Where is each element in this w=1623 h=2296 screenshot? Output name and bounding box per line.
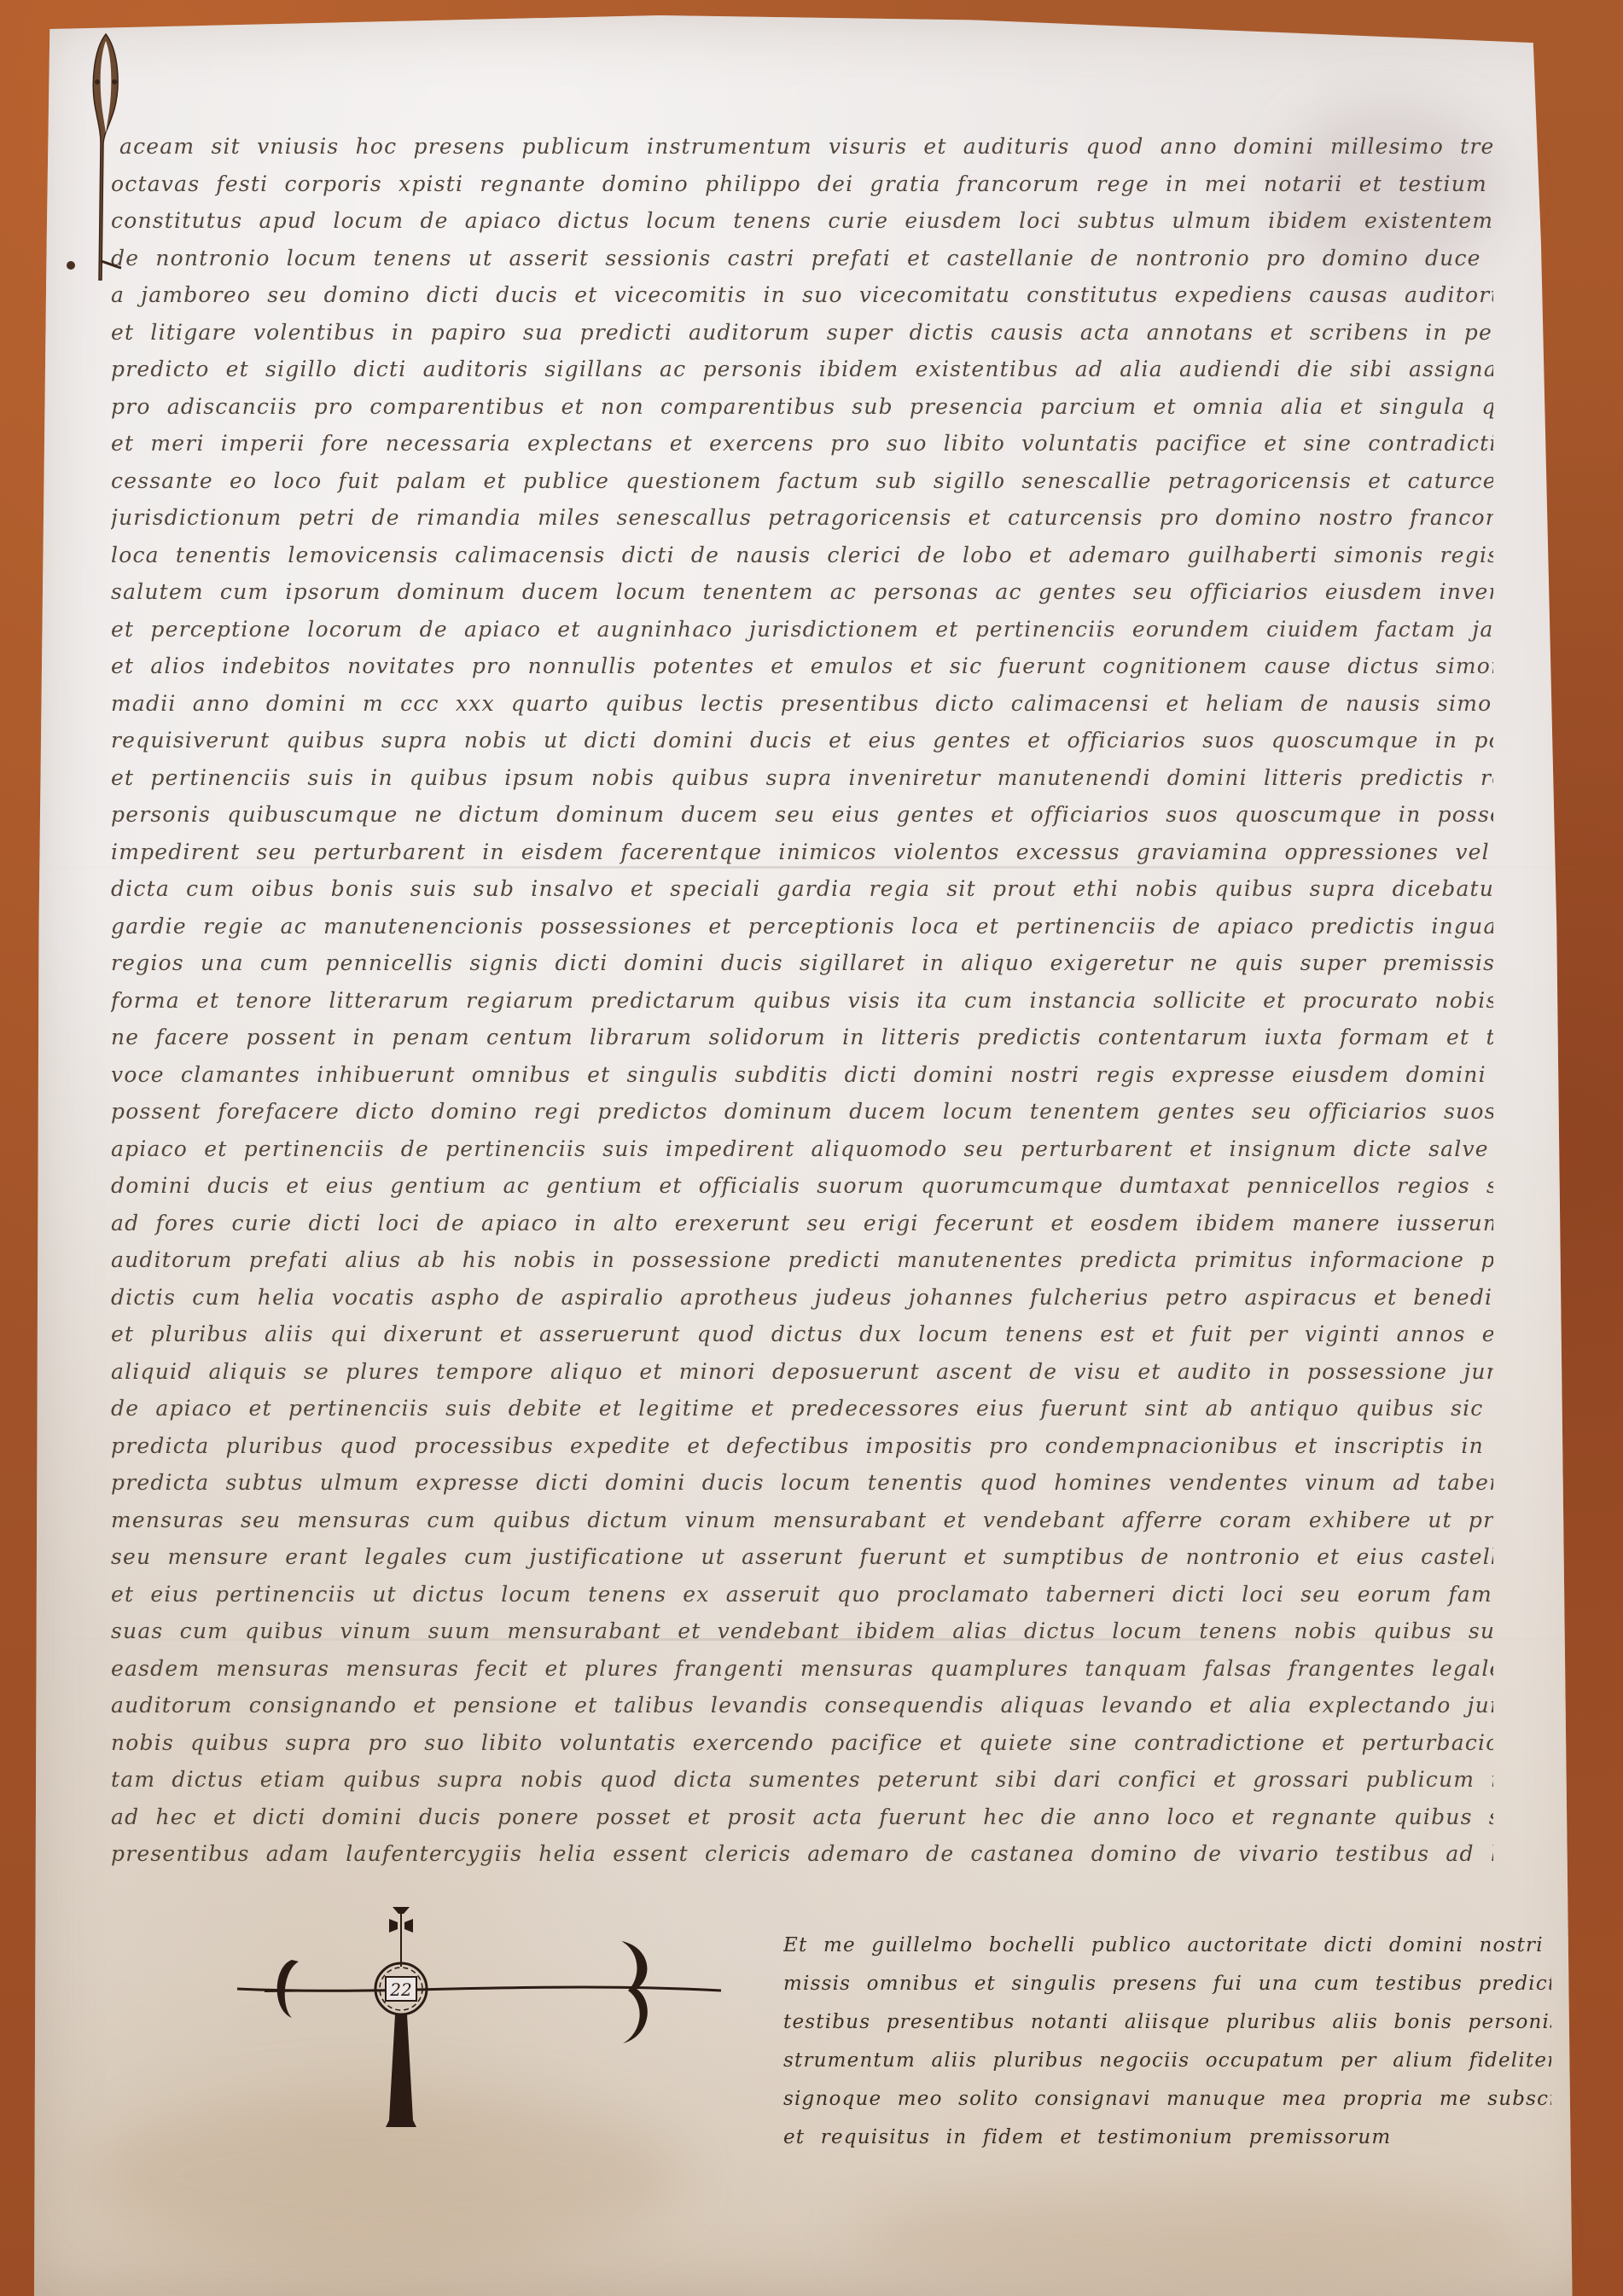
text-line: loca tenentis lemovicensis calimacensis … (111, 537, 1493, 574)
subscription-line: signoque meo solito consignavi manuque m… (783, 2080, 1551, 2119)
text-line: cessante eo loco fuit palam et publice q… (111, 462, 1493, 500)
text-line: presentibus adam laufentercygiis helia e… (111, 1835, 1493, 1873)
text-line: madii anno domini m ccc xxx quarto quibu… (111, 685, 1493, 723)
text-line: aceam sit vniusis hoc presens publicum i… (111, 128, 1493, 166)
text-line: nobis quibus supra pro suo libito volunt… (111, 1724, 1493, 1762)
text-line: tam dictus etiam quibus supra nobis quod… (111, 1761, 1493, 1799)
text-line: pro adiscanciis pro comparentibus et non… (111, 388, 1493, 426)
text-line: de apiaco et pertinenciis suis debite et… (111, 1390, 1493, 1427)
text-line: auditorum consignando et pensione et tal… (111, 1687, 1493, 1724)
text-line: a jamboreo seu domino dicti ducis et vic… (111, 276, 1493, 314)
stain-lower-right (853, 2184, 1536, 2287)
text-line: possent forefacere dicto domino regi pre… (111, 1093, 1493, 1131)
text-line: voce clamantes inhibuerunt omnibus et si… (111, 1056, 1493, 1094)
text-line: gardie regie ac manutenencionis possessi… (111, 908, 1493, 945)
text-line: dicta cum oibus bonis suis sub insalvo e… (111, 870, 1493, 908)
signum-monogram: 22 (389, 1979, 411, 2000)
text-line: predicta pluribus quod processibus exped… (111, 1427, 1493, 1465)
subscription-line: Et me guillelmo bochelli publico auctori… (783, 1927, 1551, 1965)
text-line: salutem cum ipsorum dominum ducem locum … (111, 573, 1493, 611)
text-line: ne facere possent in penam centum librar… (111, 1019, 1493, 1056)
text-line: forma et tenore litterarum regiarum pred… (111, 982, 1493, 1020)
text-line: predicto et sigillo dicti auditoris sigi… (111, 351, 1493, 388)
text-line: mensuras seu mensuras cum quibus dictum … (111, 1502, 1493, 1539)
subscription-line: et requisitus in fidem et testimonium pr… (783, 2119, 1551, 2157)
text-line: personis quibuscumque ne dictum dominum … (111, 796, 1493, 834)
text-line: predicta subtus ulmum expresse dicti dom… (111, 1464, 1493, 1502)
notary-subscription: Et me guillelmo bochelli publico auctori… (783, 1927, 1551, 2157)
text-line: de nontronio locum tenens ut asserit ses… (111, 240, 1493, 277)
text-line: suas cum quibus vinum suum mensurabant e… (111, 1613, 1493, 1650)
text-line: seu mensure erant legales cum justificat… (111, 1538, 1493, 1576)
text-line: aliquid aliquis se plures tempore aliquo… (111, 1353, 1493, 1391)
text-line: regios una cum pennicellis signis dicti … (111, 945, 1493, 982)
text-line: et perceptione locorum de apiaco et augn… (111, 611, 1493, 648)
subscription-line: testibus presentibus notanti aliisque pl… (783, 2003, 1551, 2042)
text-line: dictis cum helia vocatis aspho de aspira… (111, 1279, 1493, 1317)
text-line: ad hec et dicti domini ducis ponere poss… (111, 1799, 1493, 1836)
subscription-line: missis omnibus et singulis presens fui u… (783, 1965, 1551, 2003)
text-line: et meri imperii fore necessaria explecta… (111, 425, 1493, 462)
notary-signum-icon: 22 (230, 1907, 725, 2163)
text-line: et litigare volentibus in papiro sua pre… (111, 314, 1493, 352)
text-line: et eius pertinenciis ut dictus locum ten… (111, 1576, 1493, 1613)
subscription-line: strumentum aliis pluribus negociis occup… (783, 2042, 1551, 2080)
charter-body-text: aceam sit vniusis hoc presens publicum i… (111, 128, 1493, 1873)
text-line: impedirent seu perturbarent in eisdem fa… (111, 834, 1493, 871)
text-line: octavas festi corporis xpisti regnante d… (111, 166, 1493, 203)
text-line: requisiverunt quibus supra nobis ut dict… (111, 722, 1493, 759)
text-line: constitutus apud locum de apiaco dictus … (111, 202, 1493, 240)
text-line: et pertinenciis suis in quibus ipsum nob… (111, 759, 1493, 797)
text-line: auditorum prefati alius ab his nobis in … (111, 1241, 1493, 1279)
text-line: jurisdictionum petri de rimandia miles s… (111, 499, 1493, 537)
text-line: et alios indebitos novitates pro nonnull… (111, 648, 1493, 685)
paragraph-mark (67, 261, 75, 270)
text-line: et pluribus aliis qui dixerunt et asseru… (111, 1316, 1493, 1353)
text-line: easdem mensuras mensuras fecit et plures… (111, 1650, 1493, 1688)
text-line: apiaco et pertinenciis de pertinenciis s… (111, 1131, 1493, 1168)
text-line: domini ducis et eius gentium ac gentium … (111, 1167, 1493, 1205)
text-line: ad fores curie dicti loci de apiaco in a… (111, 1205, 1493, 1242)
